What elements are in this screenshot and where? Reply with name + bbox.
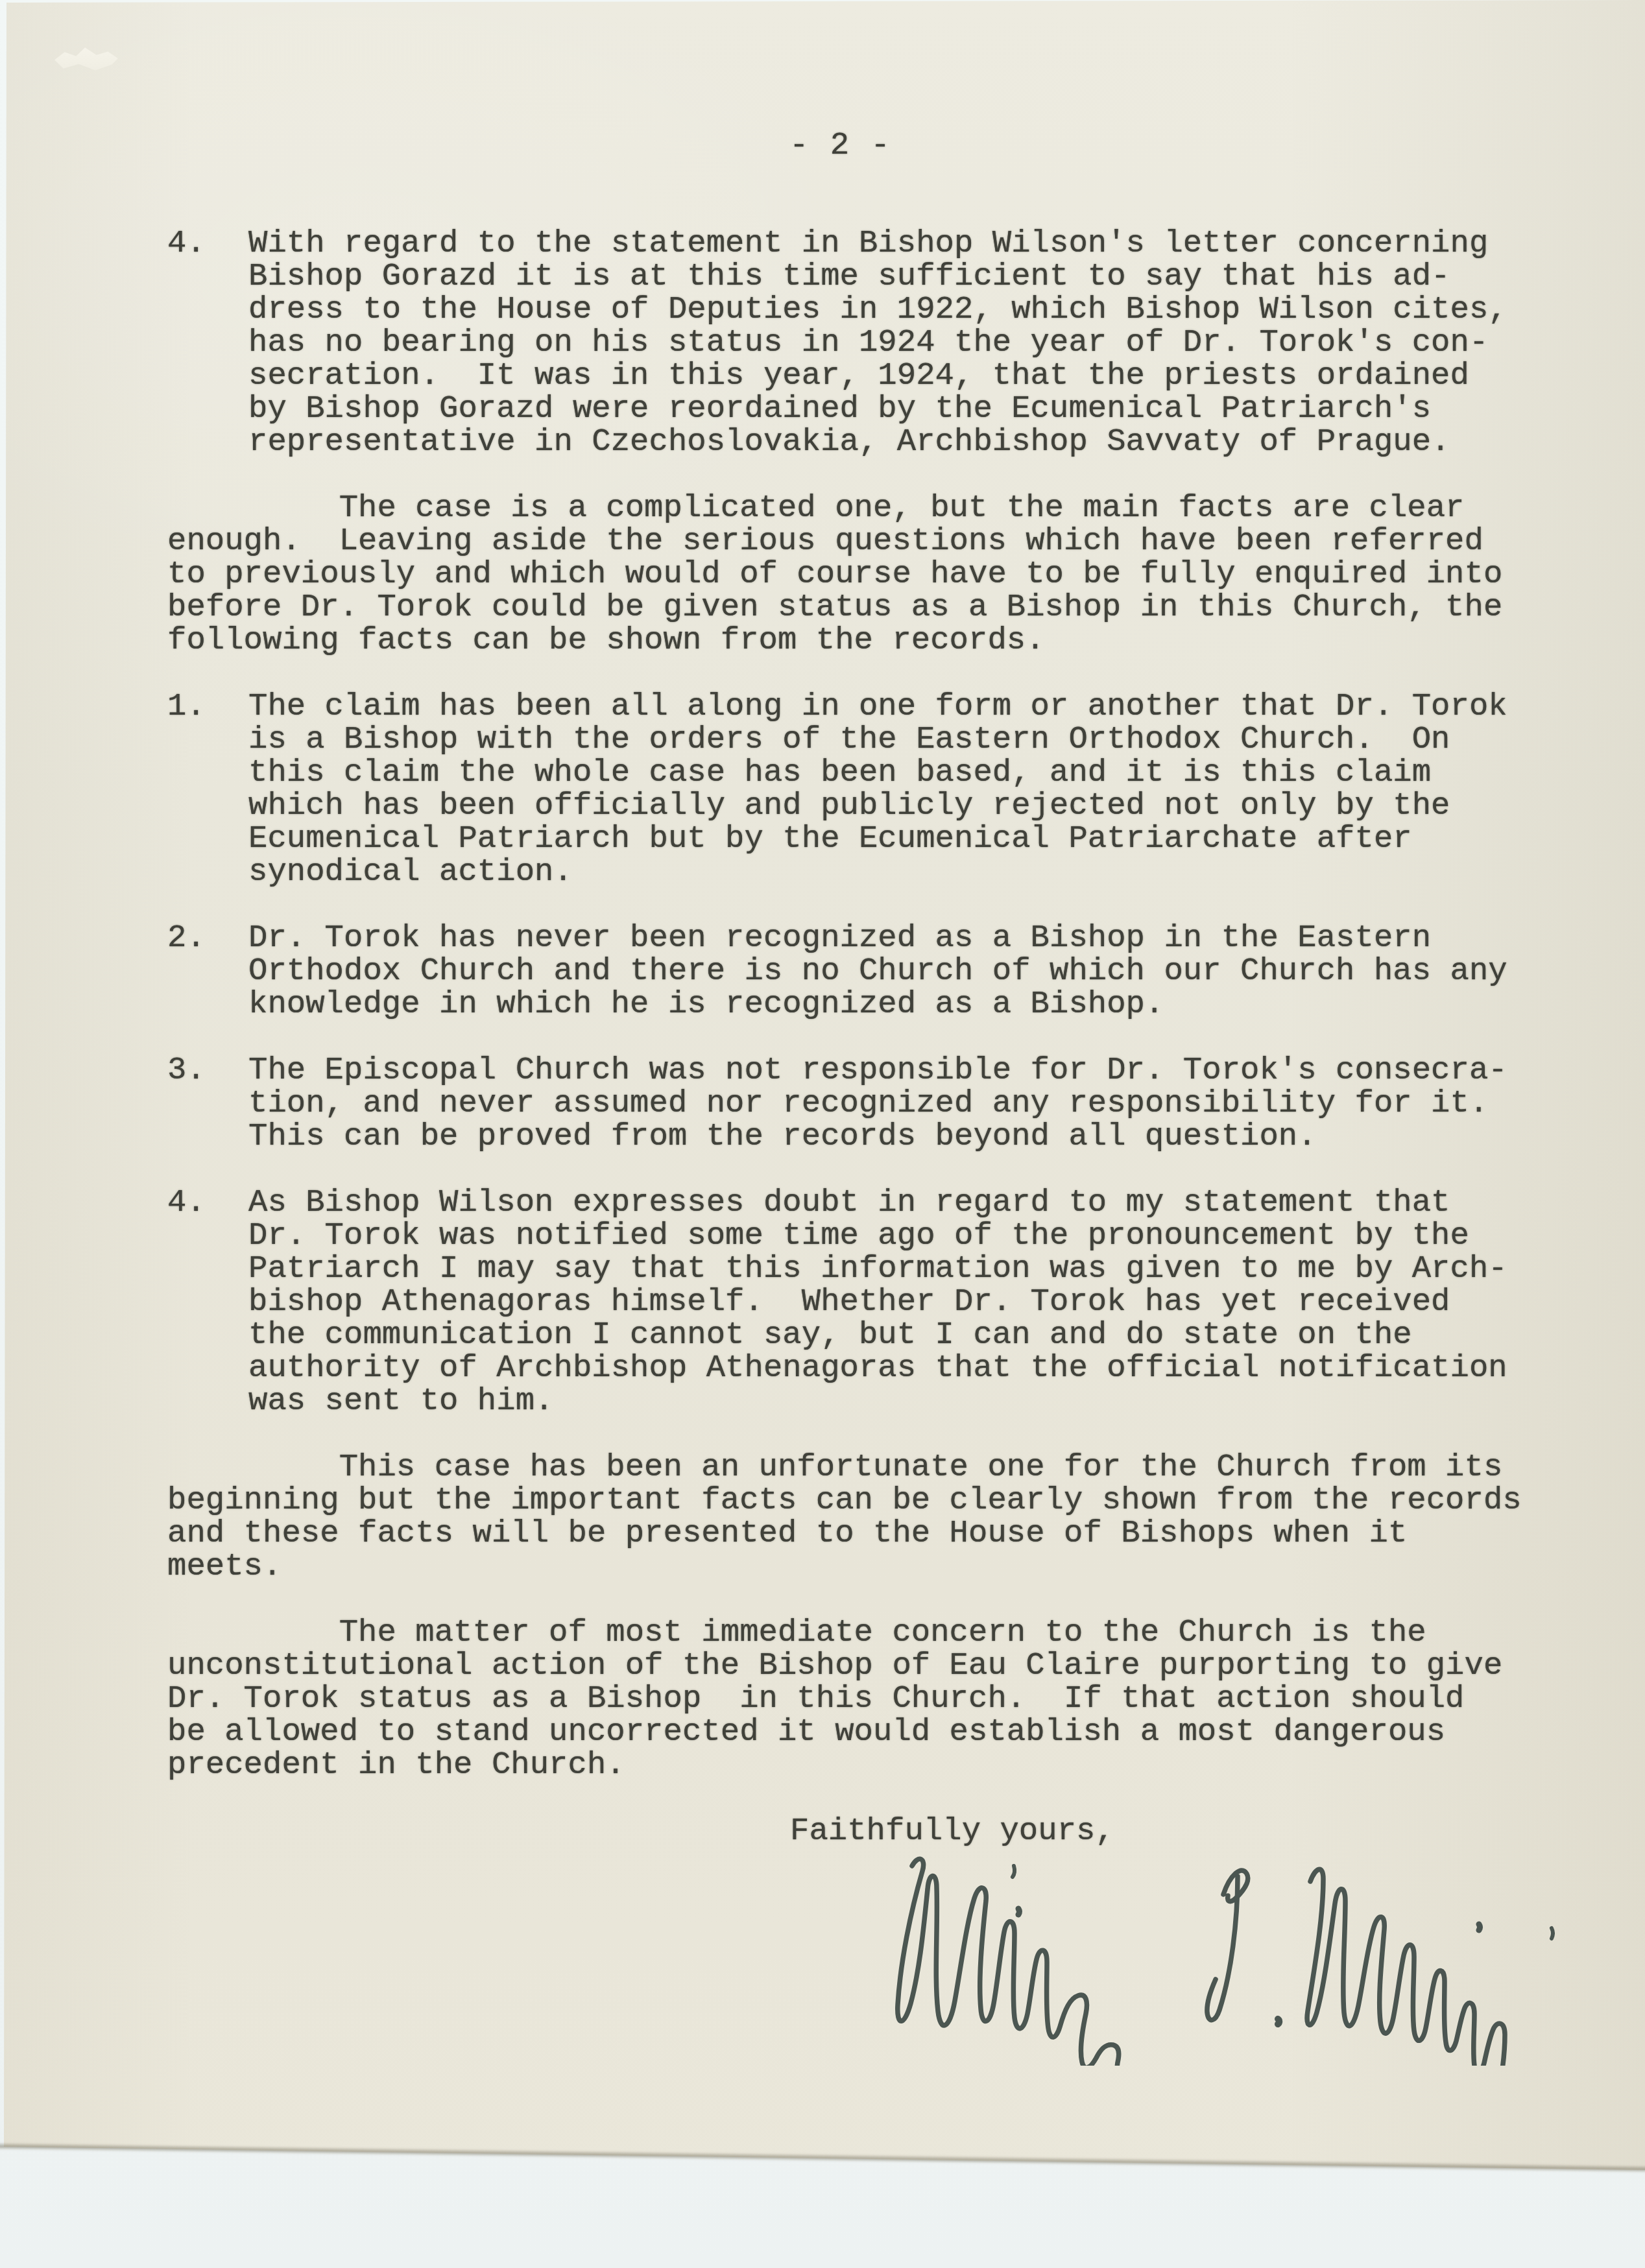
signature-image xyxy=(856,1852,1576,2066)
list-item-number: 4. xyxy=(167,227,248,260)
paragraph-text: The case is a complicated one, but the m… xyxy=(167,492,1513,657)
signature: William T. Manning xyxy=(856,1852,1576,2066)
list-item-text: With regard to the statement in Bishop W… xyxy=(248,227,1507,459)
list-item-text: The claim has been all along in one form… xyxy=(248,690,1507,889)
list-item: 3. The Episcopal Church was not responsi… xyxy=(167,1054,1513,1153)
paragraph-text: This case has been an unfortunate one fo… xyxy=(167,1451,1513,1583)
paragraph: This case has been an unfortunate one fo… xyxy=(167,1451,1513,1583)
list-item-text: Dr. Torok has never been recognized as a… xyxy=(248,922,1507,1021)
list-item: 4. With regard to the statement in Bisho… xyxy=(167,227,1513,459)
list-item: 1. The claim has been all along in one f… xyxy=(167,690,1513,889)
paragraph: The case is a complicated one, but the m… xyxy=(167,492,1513,657)
paragraph: The matter of most immediate concern to … xyxy=(167,1616,1513,1782)
valediction: Faithfully yours, xyxy=(790,1815,1513,1848)
list-item-number: 1. xyxy=(167,690,248,723)
list-item: 4. As Bishop Wilson expresses doubt in r… xyxy=(167,1186,1513,1418)
page-number: - 2 - xyxy=(167,129,1513,162)
letter-page: - 2 - 4. With regard to the statement in… xyxy=(167,0,1513,2066)
list-item-number: 3. xyxy=(167,1054,248,1087)
list-item-text: As Bishop Wilson expresses doubt in rega… xyxy=(248,1186,1507,1418)
paragraph-text: The matter of most immediate concern to … xyxy=(167,1616,1513,1782)
list-item-number: 2. xyxy=(167,922,248,955)
list-item-text: The Episcopal Church was not responsible… xyxy=(248,1054,1507,1153)
list-item-number: 4. xyxy=(167,1186,248,1219)
list-item: 2. Dr. Torok has never been recognized a… xyxy=(167,922,1513,1021)
